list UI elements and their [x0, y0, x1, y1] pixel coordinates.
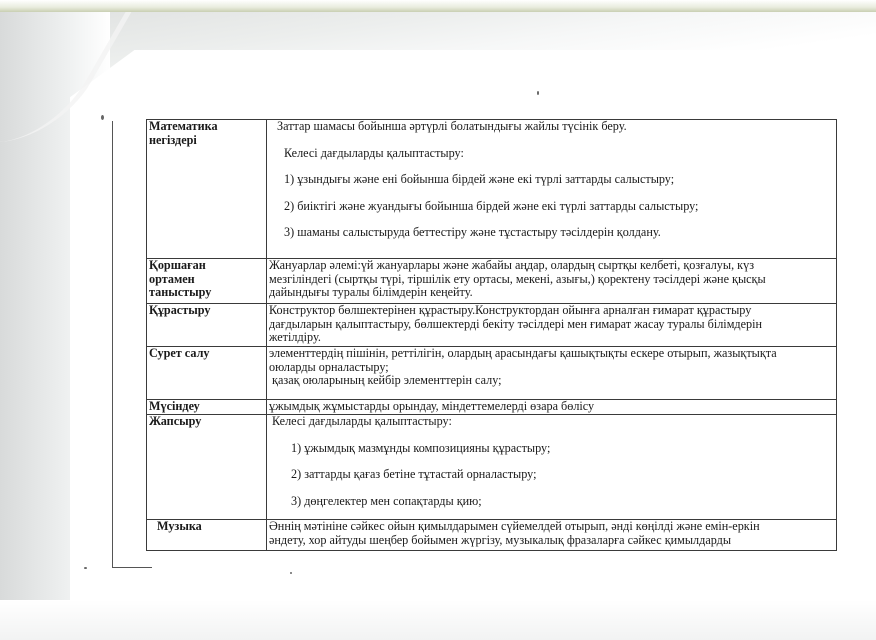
subject-cell: Жапсыру [147, 415, 267, 520]
table-row: Музыка Әннің мәтініне сәйкес ойын қимылд… [147, 520, 837, 551]
scan-bottom-shadow [0, 600, 876, 640]
subject-line: Құрастыру [149, 304, 264, 318]
content-cell: ұжымдық жұмыстарды орындау, міндеттемеле… [267, 400, 837, 415]
content-cell: элементтердің пішінін, реттілігін, олард… [267, 347, 837, 400]
table-row: Құрастыру Конструктор бөлшектерінен құра… [147, 304, 837, 347]
content-line: әндету, хор айтуды шеңбер бойымен жүргіз… [269, 534, 834, 548]
subject-line: негіздері [149, 134, 264, 148]
content-cell: Жануарлар әлемі:үй жануарлары және жабай… [267, 259, 837, 304]
content-cell: Конструктор бөлшектерінен құрастыру.Конс… [267, 304, 837, 347]
content-line: 1) ұжымдық мазмұнды композицияны құрасты… [269, 442, 834, 456]
margin-column-bottom-line [112, 567, 152, 568]
content-line: Жануарлар әлемі:үй жануарлары және жабай… [269, 259, 834, 273]
content-line: дағдыларын қалыптастыру, бөлшектерді бек… [269, 318, 834, 332]
content-line: Келесі дағдыларды қалыптастыру: [269, 415, 834, 429]
scan-speck [290, 572, 292, 574]
subject-line: Жапсыру [149, 415, 264, 429]
content-cell: Әннің мәтініне сәйкес ойын қимылдарымен … [267, 520, 837, 551]
subject-cell: Математика негіздері [147, 120, 267, 259]
content-cell: Келесі дағдыларды қалыптастыру: 1) ұжымд… [267, 415, 837, 520]
content-line: мезгіліндегі (сыртқы түрі, тіршілік ету … [269, 273, 834, 287]
scan-speck [84, 567, 87, 569]
scan-speck [101, 115, 104, 120]
content-cell: Заттар шамасы бойынша әртүрлі болатындығ… [267, 120, 837, 259]
scan-top-edge [0, 0, 876, 12]
subject-line: Музыка [149, 520, 264, 534]
subject-cell: Музыка [147, 520, 267, 551]
content-line: Заттар шамасы бойынша әртүрлі болатындығ… [269, 120, 834, 134]
content-line: оюларды орналастыру; [269, 361, 834, 375]
content-line: 1) ұзындығы және ені бойынша бірдей және… [269, 173, 834, 187]
subject-line: ортамен [149, 273, 264, 287]
table-row: Жапсыру Келесі дағдыларды қалыптастыру: … [147, 415, 837, 520]
subject-cell: Мүсіндеу [147, 400, 267, 415]
subject-line: Мүсіндеу [149, 400, 264, 414]
content-line: 2) биіктігі және жуандығы бойынша бірдей… [269, 200, 834, 214]
content-line: 2) заттарды қағаз бетіне тұтастай орнала… [269, 468, 834, 482]
table-row: Математика негіздері Заттар шамасы бойын… [147, 120, 837, 259]
content-line: 3) дөңгелектер мен сопақтарды қию; [269, 495, 834, 509]
subject-cell: Құрастыру [147, 304, 267, 347]
content-line: ұжымдық жұмыстарды орындау, міндеттемеле… [269, 400, 834, 414]
content-line: дайындығы туралы білімдерін кеңейту. [269, 286, 834, 300]
subject-line: Сурет салу [149, 347, 264, 361]
content-line: Әннің мәтініне сәйкес ойын қимылдарымен … [269, 520, 834, 534]
curriculum-table: Математика негіздері Заттар шамасы бойын… [146, 119, 837, 551]
content-line: Келесі дағдыларды қалыптастыру: [269, 147, 834, 161]
scan-speck [537, 91, 539, 95]
content-line: қазақ оюларының кейбір элементтерін салу… [269, 374, 834, 388]
content-line: жетілдіру. [269, 331, 834, 345]
subject-line: Математика [149, 120, 264, 134]
content-line: Конструктор бөлшектерінен құрастыру.Конс… [269, 304, 834, 318]
subject-line: Қоршаған [149, 259, 264, 273]
subject-cell: Қоршаған ортамен таныстыру [147, 259, 267, 304]
subject-line: таныстыру [149, 286, 264, 300]
subject-cell: Сурет салу [147, 347, 267, 400]
table-row: Мүсіндеу ұжымдық жұмыстарды орындау, мін… [147, 400, 837, 415]
content-line: 3) шаманы салыстыруда беттестіру және тұ… [269, 226, 834, 240]
margin-column-line [112, 121, 113, 567]
content-line: элементтердің пішінін, реттілігін, олард… [269, 347, 834, 361]
table-row: Сурет салу элементтердің пішінін, реттіл… [147, 347, 837, 400]
table-row: Қоршаған ортамен таныстыру Жануарлар әле… [147, 259, 837, 304]
